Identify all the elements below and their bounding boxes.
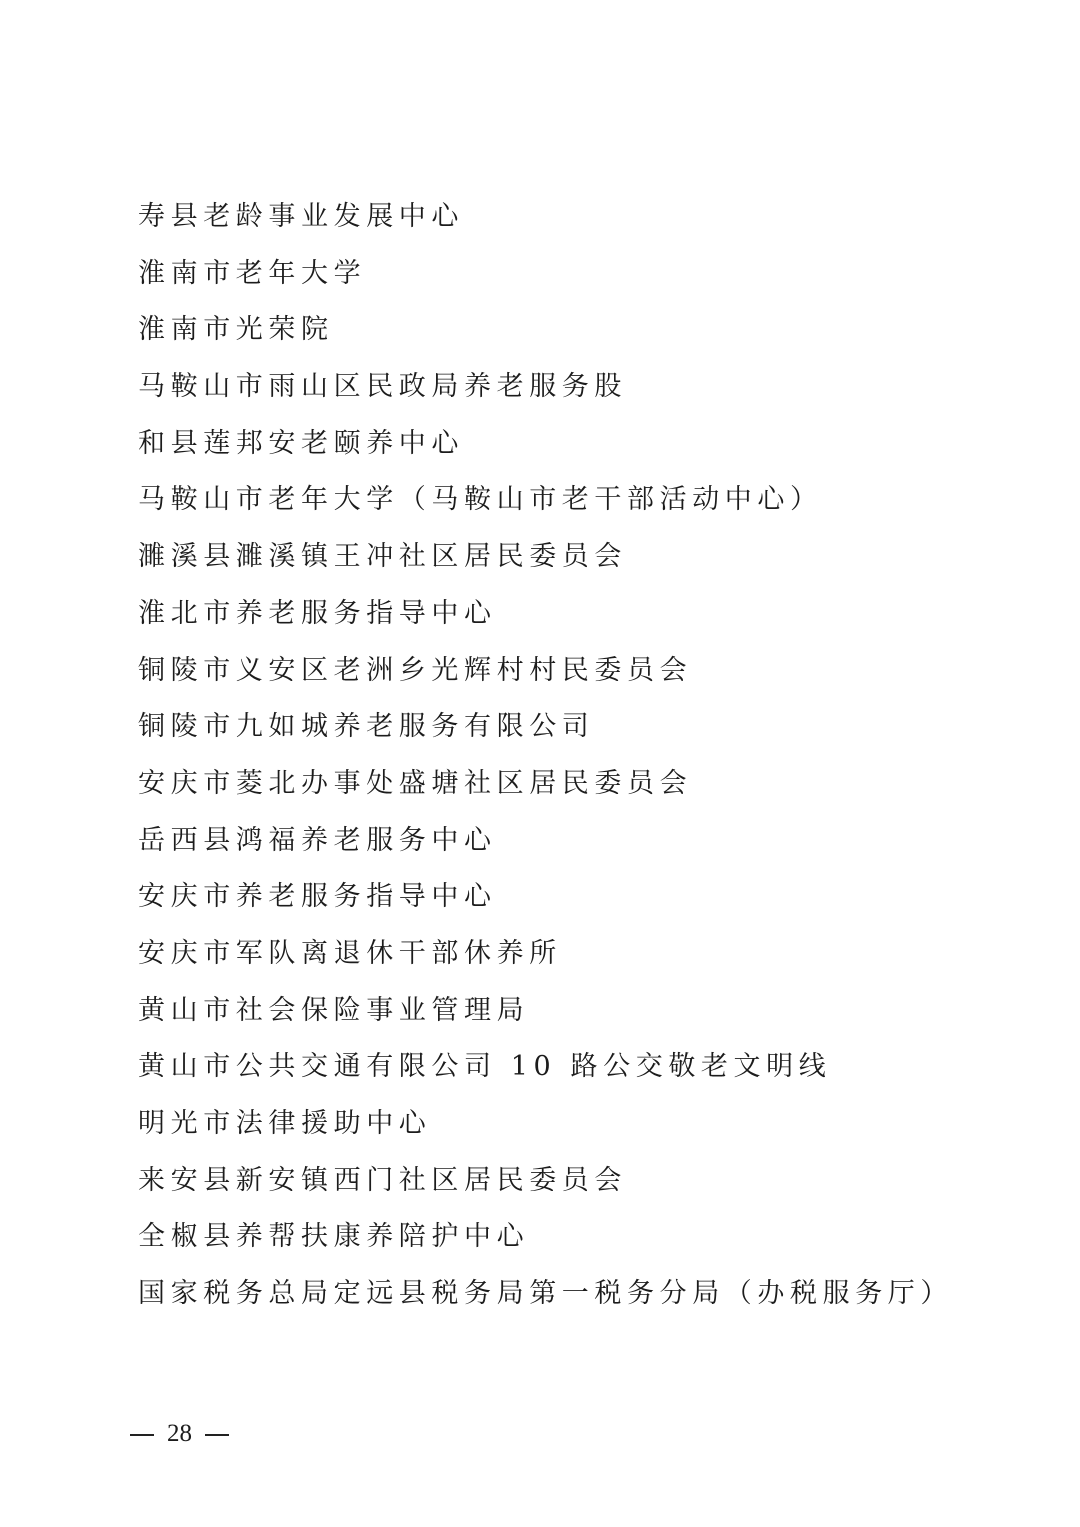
organization-item: 黄山市社会保险事业管理局 xyxy=(138,990,953,1047)
organization-item: 淮南市光荣院 xyxy=(138,309,953,366)
right-dash-divider xyxy=(205,1434,229,1436)
organization-item: 国家税务总局定远县税务局第一税务分局（办税服务厅） xyxy=(138,1273,953,1330)
organization-item: 马鞍山市雨山区民政局养老服务股 xyxy=(138,366,953,423)
page-number-footer: 28 xyxy=(130,1414,229,1454)
organization-item: 铜陵市义安区老洲乡光辉村村民委员会 xyxy=(138,650,953,707)
organization-item: 淮南市老年大学 xyxy=(138,253,953,310)
organization-item: 全椒县养帮扶康养陪护中心 xyxy=(138,1216,953,1273)
organization-item: 寿县老龄事业发展中心 xyxy=(138,196,953,253)
left-dash-divider xyxy=(130,1434,154,1436)
organization-item: 濉溪县濉溪镇王冲社区居民委员会 xyxy=(138,536,953,593)
organization-item: 安庆市军队离退休干部休养所 xyxy=(138,933,953,990)
organization-item: 来安县新安镇西门社区居民委员会 xyxy=(138,1160,953,1217)
organization-item: 安庆市菱北办事处盛塘社区居民委员会 xyxy=(138,763,953,820)
organization-item: 安庆市养老服务指导中心 xyxy=(138,876,953,933)
organization-item: 岳西县鸿福养老服务中心 xyxy=(138,820,953,877)
organization-item: 淮北市养老服务指导中心 xyxy=(138,593,953,650)
organization-list: 寿县老龄事业发展中心 淮南市老年大学 淮南市光荣院 马鞍山市雨山区民政局养老服务… xyxy=(138,196,953,1330)
organization-item: 和县莲邦安老颐养中心 xyxy=(138,423,953,480)
document-page: 寿县老龄事业发展中心 淮南市老年大学 淮南市光荣院 马鞍山市雨山区民政局养老服务… xyxy=(0,0,1080,1527)
organization-item: 马鞍山市老年大学（马鞍山市老干部活动中心） xyxy=(138,479,953,536)
page-number: 28 xyxy=(167,1414,192,1454)
organization-item: 黄山市公共交通有限公司 10 路公交敬老文明线 xyxy=(138,1046,953,1103)
organization-item: 明光市法律援助中心 xyxy=(138,1103,953,1160)
organization-item: 铜陵市九如城养老服务有限公司 xyxy=(138,706,953,763)
